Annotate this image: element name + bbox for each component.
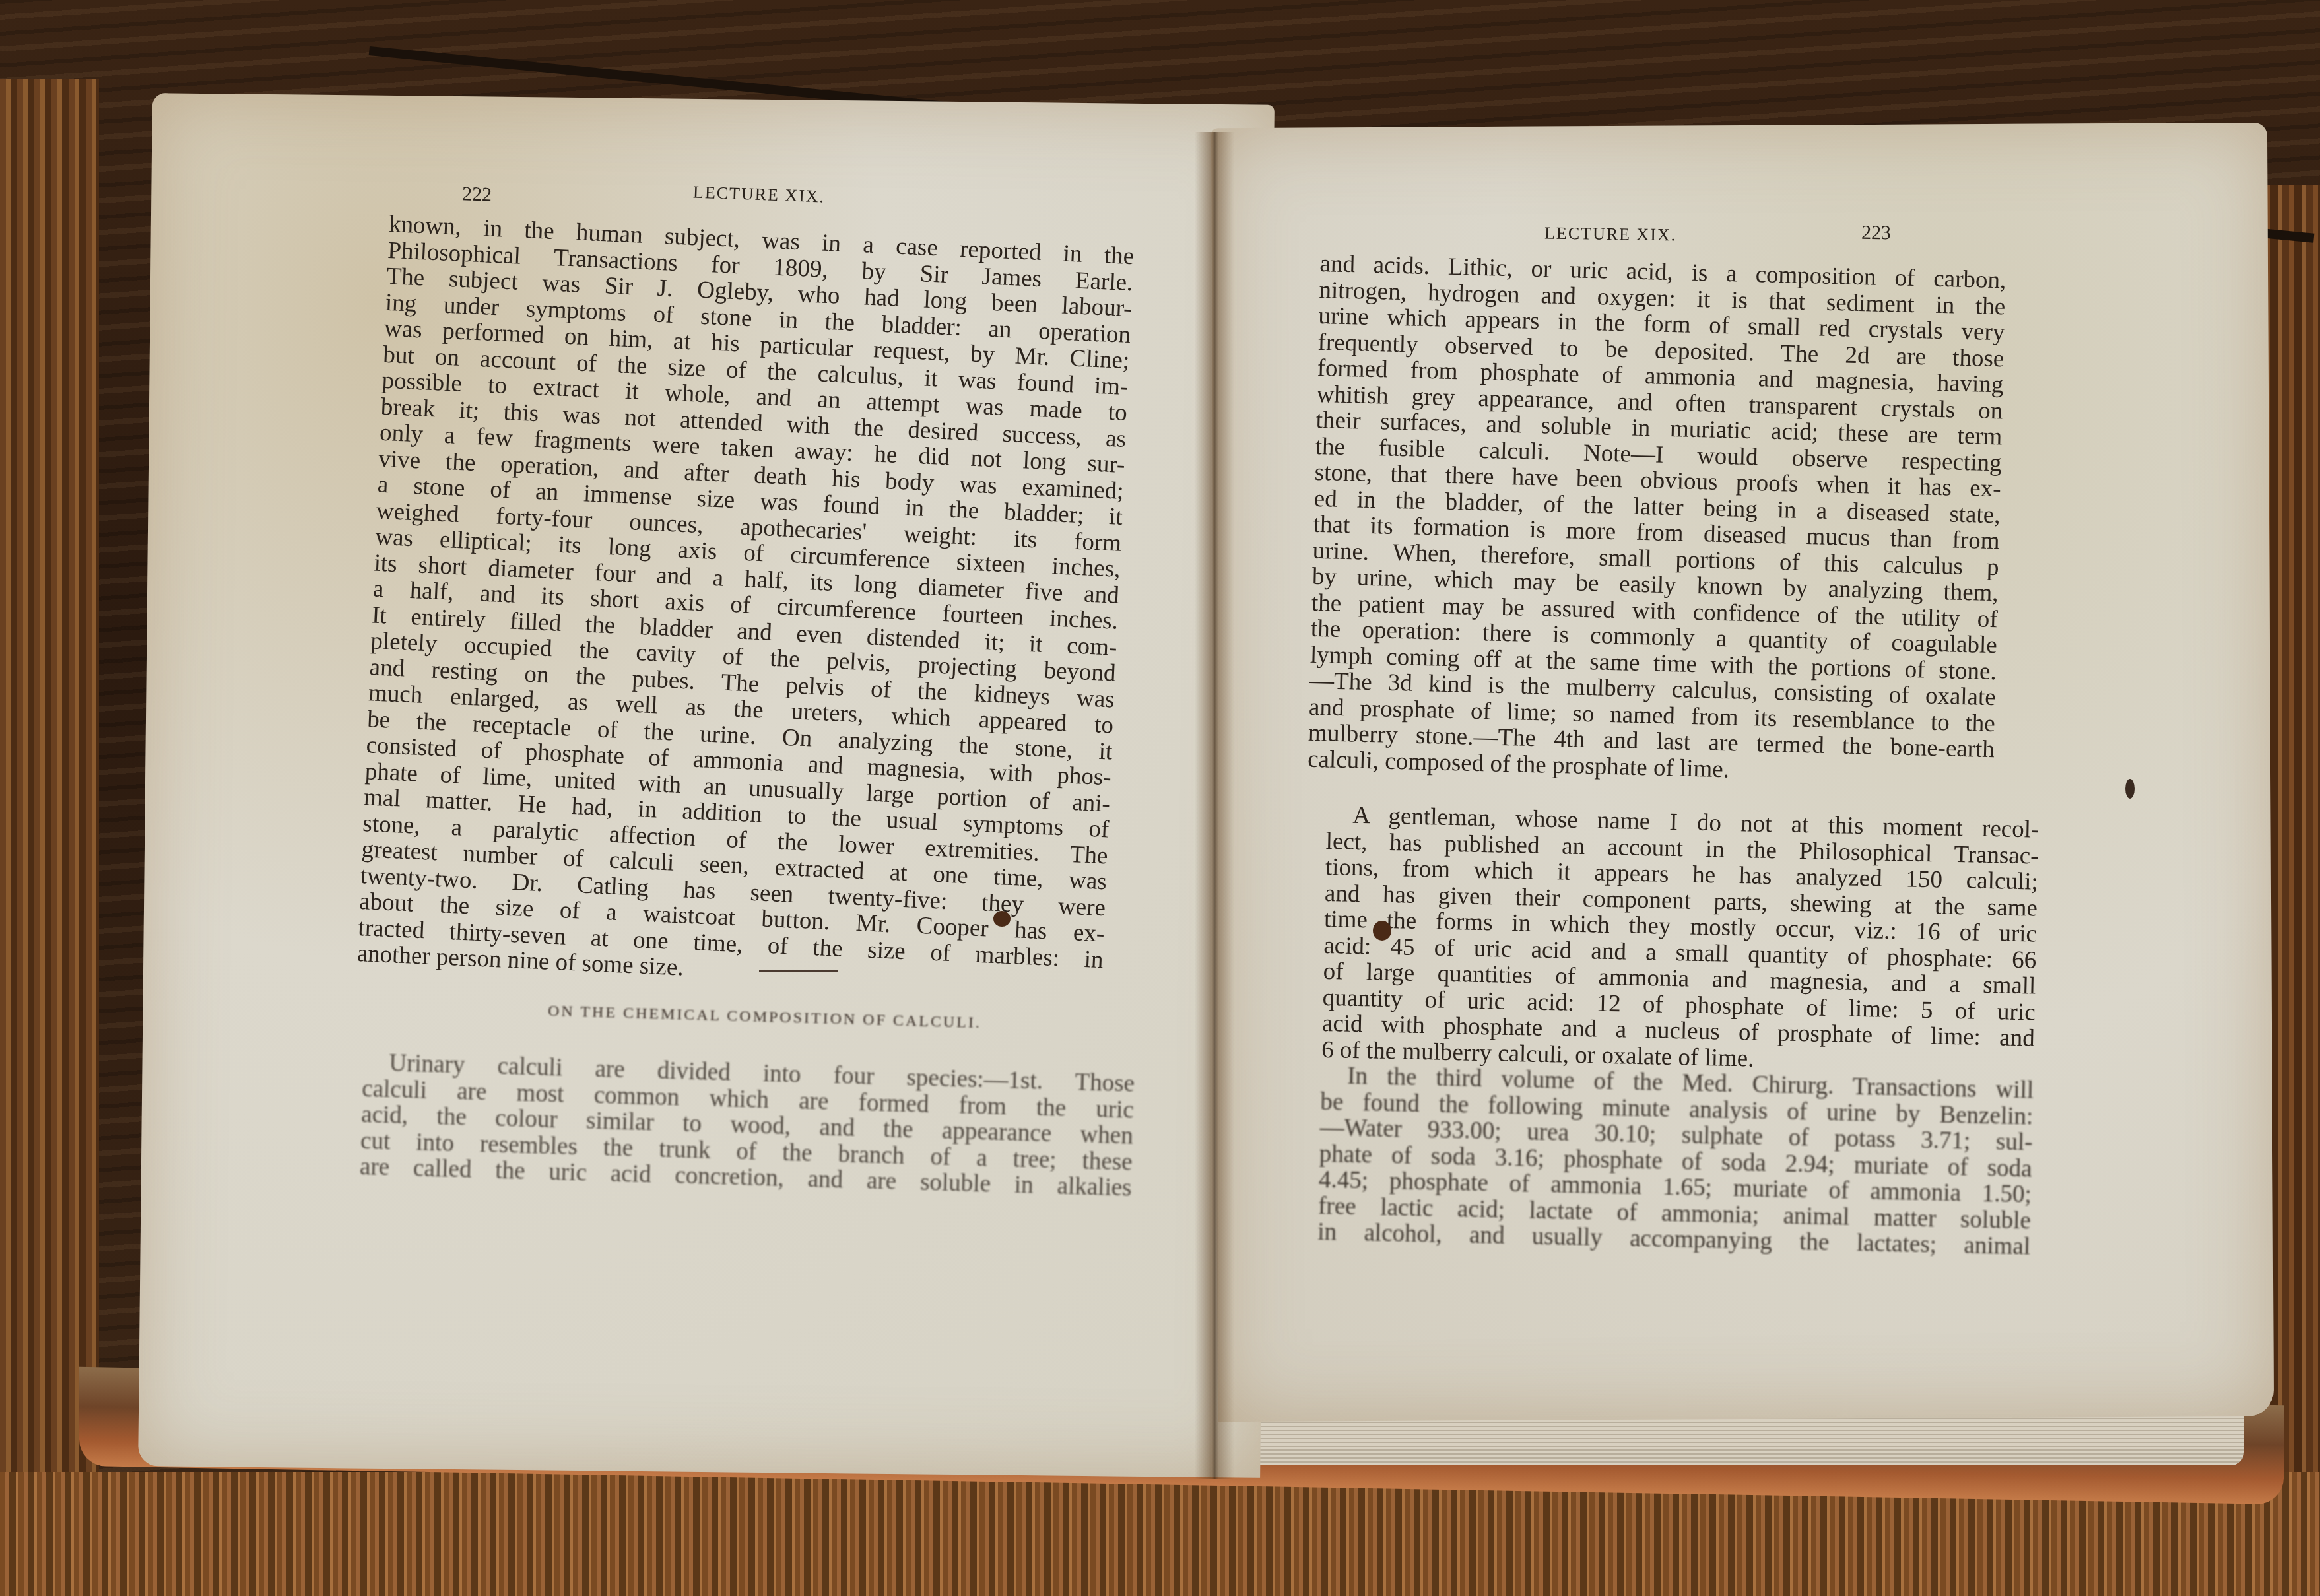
book-gutter — [1195, 132, 1234, 1479]
running-head-right: LECTURE XIX. — [1544, 224, 1677, 246]
ink-stain — [993, 911, 1011, 927]
left-page-body: known, in the human subject, was in a ca… — [356, 211, 1135, 999]
ink-stain — [1373, 921, 1391, 941]
page-number-left: 222 — [461, 183, 492, 207]
right-page-body: and acids. Lithic, or uric acid, is a co… — [1308, 251, 2006, 789]
right-page-body-continued: A gentleman, whose name I do not at this… — [1317, 802, 2039, 1260]
section-rule — [759, 970, 838, 972]
page-mark — [2125, 779, 2135, 799]
left-page-section-body: Urinary calculi are divided into four sp… — [359, 1049, 1135, 1201]
open-book: 222 LECTURE XIX. known, in the human sub… — [79, 92, 2284, 1518]
page-number-right: 223 — [1861, 222, 1891, 245]
